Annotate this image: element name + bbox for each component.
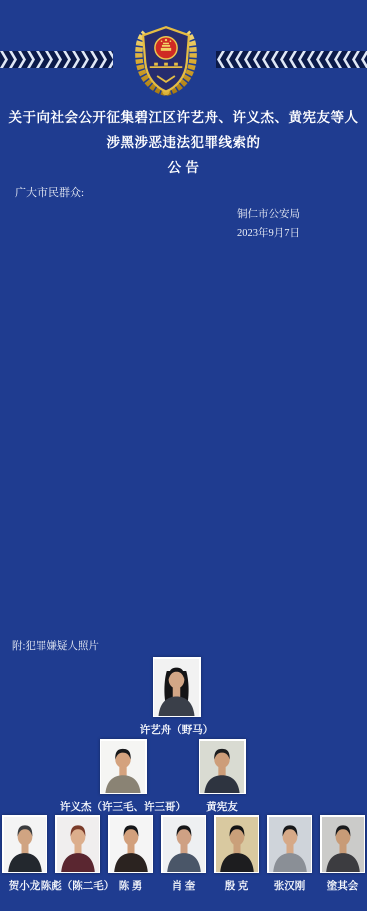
suspect-portrait (55, 815, 100, 873)
signature-date: 2023年9月7日 (14, 225, 300, 244)
suspect-photo: 陈彪（陈二毛） (55, 815, 100, 873)
signature-block: 铜仁市公安局 2023年9月7日 (14, 206, 352, 243)
police-badge-icon (129, 13, 203, 102)
notice-title-line3: 公 告 (0, 155, 367, 180)
suspect-portrait (100, 739, 147, 794)
poster-header (0, 0, 367, 108)
suspect-name: 贺小龙 (9, 878, 41, 893)
suspect-name: 陈彪（陈二毛） (41, 878, 115, 893)
photo-row-2: 许义杰（许三毛、许三哥） 黄宪友 (0, 739, 356, 794)
suspect-portrait (108, 815, 153, 873)
suspect-photo: 肖 奎 (161, 815, 206, 873)
attachment-label: 附:犯罪嫌疑人照片 (12, 638, 99, 653)
suspect-portrait (267, 815, 312, 873)
suspect-portrait (214, 815, 259, 873)
suspect-portrait (320, 815, 365, 873)
suspect-name: 肖 奎 (172, 878, 196, 893)
notice-body: 铜仁市公安局 2023年9月7日 (14, 197, 352, 243)
suspect-portrait (153, 657, 201, 717)
suspect-portrait (199, 739, 246, 794)
notice-title-line1: 关于向社会公开征集碧江区许艺舟、许义杰、黄宪友等人 (0, 105, 367, 130)
suspect-name: 殷 克 (225, 878, 249, 893)
suspect-name: 黄宪友 (206, 799, 238, 814)
suspect-photo-grid: 许艺舟（野马） 许义杰（许三毛、许三哥） (0, 657, 367, 873)
suspect-photo: 贺小龙 (2, 815, 47, 873)
suspect-photo: 塗其会 (320, 815, 365, 873)
suspect-name: 许义杰（许三毛、许三哥） (60, 799, 186, 814)
photo-row-1: 许艺舟（野马） (0, 657, 360, 717)
suspect-photo: 许艺舟（野马） (153, 657, 201, 717)
police-notice-poster: 关于向社会公开征集碧江区许艺舟、许义杰、黄宪友等人 涉黑涉恶违法犯罪线索的 公 … (0, 0, 367, 911)
chevron-band-left (0, 51, 113, 68)
photo-row-3: 贺小龙 陈彪（陈二毛） (0, 815, 367, 873)
suspect-photo: 殷 克 (214, 815, 259, 873)
suspect-photo: 黄宪友 (199, 739, 246, 794)
suspect-name: 陈 勇 (119, 878, 143, 893)
suspect-photo: 陈 勇 (108, 815, 153, 873)
suspect-photo: 许义杰（许三毛、许三哥） (100, 739, 147, 794)
notice-title-line2: 涉黑涉恶违法犯罪线索的 (0, 130, 367, 155)
suspect-name: 张汉刚 (274, 878, 306, 893)
notice-title: 关于向社会公开征集碧江区许艺舟、许义杰、黄宪友等人 涉黑涉恶违法犯罪线索的 公 … (0, 105, 367, 180)
signature-org: 铜仁市公安局 (14, 206, 300, 225)
suspect-name: 许艺舟（野马） (140, 722, 214, 737)
suspect-portrait (161, 815, 206, 873)
suspect-portrait (2, 815, 47, 873)
suspect-photo: 张汉刚 (267, 815, 312, 873)
chevron-band-right (216, 51, 367, 68)
suspect-name: 塗其会 (327, 878, 359, 893)
